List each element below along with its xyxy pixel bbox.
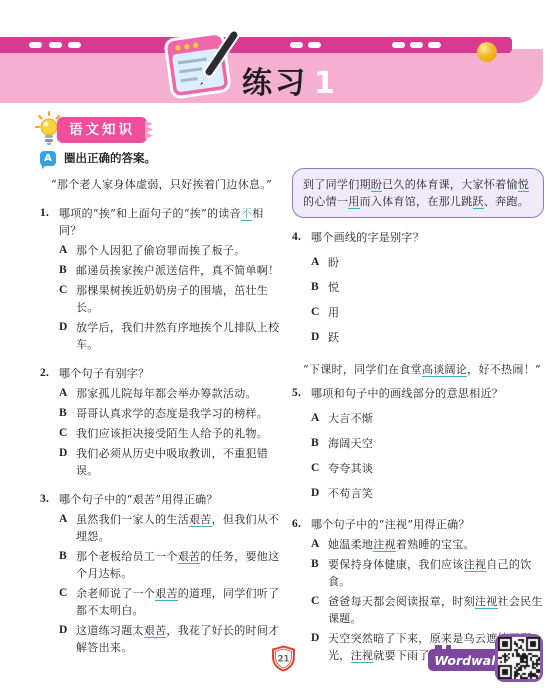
option-row: B悦 — [311, 279, 544, 296]
shield-icon: 21 — [271, 645, 296, 672]
part-instruction: 圈出正确的答案。 — [64, 150, 156, 166]
option-text: 用 — [328, 304, 544, 321]
passage-box: 到了同学们期盼已久的体育课，大家怀着愉悦的心情一用而入体育馆，在那儿跳跃、奔跑。 — [292, 168, 544, 218]
question-stem: 哪个画线的字是别字？ — [311, 229, 544, 246]
option-row: D放学后，我们井然有序地挨个儿排队上校车。 — [59, 319, 283, 353]
option-text: 放学后，我们井然有序地挨个儿排队上校车。 — [76, 319, 283, 353]
option-row: D跃 — [311, 329, 544, 346]
option-letter: A — [311, 254, 328, 271]
option-text: 爸爸每天都会阅读报章，时刻注视社会民生课题。 — [328, 593, 544, 627]
option-letter: A — [311, 410, 328, 427]
question-number: 5. — [292, 385, 311, 502]
option-letter: C — [59, 282, 76, 316]
question-5: 5. 哪项和句子中的画线部分的意思相近？ A大言不惭 B海阔天空 C夸夸其谈 D… — [292, 385, 544, 502]
option-letter: A — [59, 242, 76, 259]
dash-decoration — [308, 42, 321, 48]
option-row: C用 — [311, 304, 544, 321]
option-letter: B — [59, 262, 76, 279]
question-1: 1. 哪项的“挨”和上面句子的“挨”的读音不相同？ A那个人因犯了偷窃罪而挨了板… — [40, 205, 283, 353]
option-letter: A — [59, 385, 76, 402]
option-row: D我们必须从历史中吸取教训，不重犯错误。 — [59, 445, 283, 479]
question-number: 2. — [40, 365, 59, 479]
option-text: 虽然我们一家人的生活艰苦，但我们从不埋怨。 — [76, 511, 283, 545]
question-stem: 哪项和句子中的画线部分的意思相近？ — [311, 385, 544, 402]
option-row: A盼 — [311, 254, 544, 271]
option-letter: C — [311, 460, 328, 477]
question-number: 1. — [40, 205, 59, 353]
exercise-number: 1 — [314, 66, 335, 101]
option-row: B邮递员挨家挨户派送信件，真不简单啊！ — [59, 262, 283, 279]
question-body: 哪项和句子中的画线部分的意思相近？ A大言不惭 B海阔天空 C夸夸其谈 D不苟言… — [311, 385, 544, 502]
option-letter: A — [311, 536, 328, 553]
question-stem: 哪个句子有别字？ — [59, 365, 283, 382]
option-row: A她温柔地注视着熟睡的宝宝。 — [311, 536, 544, 553]
dash-decoration — [428, 42, 441, 48]
option-text: 海阔天空 — [328, 435, 544, 452]
option-text: 那个人因犯了偷窃罪而挨了板子。 — [76, 242, 283, 259]
option-letter: B — [311, 435, 328, 452]
question-number: 4. — [292, 229, 311, 346]
option-letter: D — [311, 630, 328, 664]
option-letter: D — [311, 485, 328, 502]
question-3: 3. 哪个句子中的“艰苦”用得正确？ A虽然我们一家人的生活艰苦，但我们从不埋怨… — [40, 491, 283, 656]
option-row: C夸夸其谈 — [311, 460, 544, 477]
page-number-shield: 21 — [271, 645, 296, 676]
option-letter: B — [311, 556, 328, 590]
option-text: 悦 — [328, 279, 544, 296]
option-row: C那棵果树挨近奶奶房子的围墙，茁壮生长。 — [59, 282, 283, 316]
option-letter: D — [59, 319, 76, 353]
option-letter: C — [311, 304, 328, 321]
dash-decoration — [29, 42, 42, 48]
left-column: “那个老人家身体虚弱，只好挨着门边休息。” 1. 哪项的“挨”和上面句子的“挨”… — [40, 176, 283, 656]
topic-badge-label: 语文知识 — [69, 122, 135, 138]
option-row: A那家孤儿院每年都会举办筹款活动。 — [59, 385, 283, 402]
dash-decoration — [290, 42, 303, 48]
exercise-title: 练习 — [242, 66, 308, 101]
option-row: B那个老板给员工一个艰苦的任务，要他这个月达标。 — [59, 548, 283, 582]
question-body: 哪个句子中的“艰苦”用得正确？ A虽然我们一家人的生活艰苦，但我们从不埋怨。 B… — [59, 491, 283, 656]
question-number: 6. — [292, 516, 311, 664]
topic-badge: 语文知识 — [57, 117, 147, 143]
option-text: 夸夸其谈 — [328, 460, 544, 477]
option-row: B要保持身体健康，我们应该注视自己的饮食。 — [311, 556, 544, 590]
option-letter: B — [59, 405, 76, 422]
notepad-pen-icon — [156, 28, 244, 112]
option-text: 不苟言笑 — [328, 485, 544, 502]
qr-code — [495, 634, 543, 682]
part-a-badge: A — [40, 151, 56, 166]
dash-decoration — [68, 42, 81, 48]
option-letter: A — [59, 511, 76, 545]
option-text: 她温柔地注视着熟睡的宝宝。 — [328, 536, 544, 553]
option-letter: D — [59, 622, 76, 656]
question-4: 4. 哪个画线的字是别字？ A盼 B悦 C用 D跃 — [292, 229, 544, 346]
question-stem: 哪项的“挨”和上面句子的“挨”的读音不相同？ — [59, 205, 283, 239]
option-text: 那棵果树挨近奶奶房子的围墙，茁壮生长。 — [76, 282, 283, 316]
option-text: 余老师说了一个艰苦的道理，同学们听了都不太明白。 — [76, 585, 283, 619]
option-letter: C — [59, 425, 76, 442]
option-letter: C — [311, 593, 328, 627]
part-row: A 圈出正确的答案。 — [40, 150, 156, 166]
question-stem: 哪个句子中的“注视”用得正确？ — [311, 516, 544, 533]
option-row: B海阔天空 — [311, 435, 544, 452]
question-body: 哪项的“挨”和上面句子的“挨”的读音不相同？ A那个人因犯了偷窃罪而挨了板子。 … — [59, 205, 283, 353]
option-text: 哥哥认真求学的态度是我学习的榜样。 — [76, 405, 283, 422]
page-title: 练习1 — [242, 58, 335, 102]
option-text: 大言不惭 — [328, 410, 544, 427]
option-text: 邮递员挨家挨户派送信件，真不简单啊！ — [76, 262, 283, 279]
option-row: D不苟言笑 — [311, 485, 544, 502]
option-letter: C — [59, 585, 76, 619]
option-row: D这道练习题太艰苦，我花了好长的时间才解答出来。 — [59, 622, 283, 656]
option-letter: B — [311, 279, 328, 296]
option-text: 盼 — [328, 254, 544, 271]
option-text: 跃 — [328, 329, 544, 346]
question-body: 哪个句子有别字？ A那家孤儿院每年都会举办筹款活动。 B哥哥认真求学的态度是我学… — [59, 365, 283, 479]
option-row: A那个人因犯了偷窃罪而挨了板子。 — [59, 242, 283, 259]
option-text: 这道练习题太艰苦，我花了好长的时间才解答出来。 — [76, 622, 283, 656]
option-row: C我们应该拒决接受陌生人给予的礼物。 — [59, 425, 283, 442]
question-body: 哪个画线的字是别字？ A盼 B悦 C用 D跃 — [311, 229, 544, 346]
dash-decoration — [410, 42, 423, 48]
option-text: 要保持身体健康，我们应该注视自己的饮食。 — [328, 556, 544, 590]
option-letter: D — [311, 329, 328, 346]
question-stem: 哪个句子中的“艰苦”用得正确？ — [59, 491, 283, 508]
quote-sentence: “下课时，同学们在食堂高谈阔论，好不热闹！” — [292, 361, 544, 378]
dash-decoration — [392, 42, 405, 48]
right-column: 到了同学们期盼已久的体育课，大家怀着愉悦的心情一用而入体育馆，在那儿跳跃、奔跑。… — [292, 168, 544, 664]
question-number: 3. — [40, 491, 59, 656]
option-row: A大言不惭 — [311, 410, 544, 427]
gold-ball-icon — [477, 42, 497, 62]
option-text: 那个老板给员工一个艰苦的任务，要他这个月达标。 — [76, 548, 283, 582]
option-text: 那家孤儿院每年都会举办筹款活动。 — [76, 385, 283, 402]
option-row: A虽然我们一家人的生活艰苦，但我们从不埋怨。 — [59, 511, 283, 545]
intro-quote: “那个老人家身体虚弱，只好挨着门边休息。” — [40, 176, 283, 193]
option-text: 我们应该拒决接受陌生人给予的礼物。 — [76, 425, 283, 442]
option-letter: B — [59, 548, 76, 582]
option-row: C余老师说了一个艰苦的道理，同学们听了都不太明白。 — [59, 585, 283, 619]
page-number: 21 — [278, 655, 290, 665]
option-text: 我们必须从历史中吸取教训，不重犯错误。 — [76, 445, 283, 479]
dash-decoration — [49, 42, 62, 48]
option-row: B哥哥认真求学的态度是我学习的榜样。 — [59, 405, 283, 422]
option-letter: D — [59, 445, 76, 479]
question-2: 2. 哪个句子有别字？ A那家孤儿院每年都会举办筹款活动。 B哥哥认真求学的态度… — [40, 365, 283, 479]
wordwall-label: Wordwall — [434, 653, 499, 668]
qr-code-pattern — [498, 637, 540, 679]
option-row: C爸爸每天都会阅读报章，时刻注视社会民生课题。 — [311, 593, 544, 627]
